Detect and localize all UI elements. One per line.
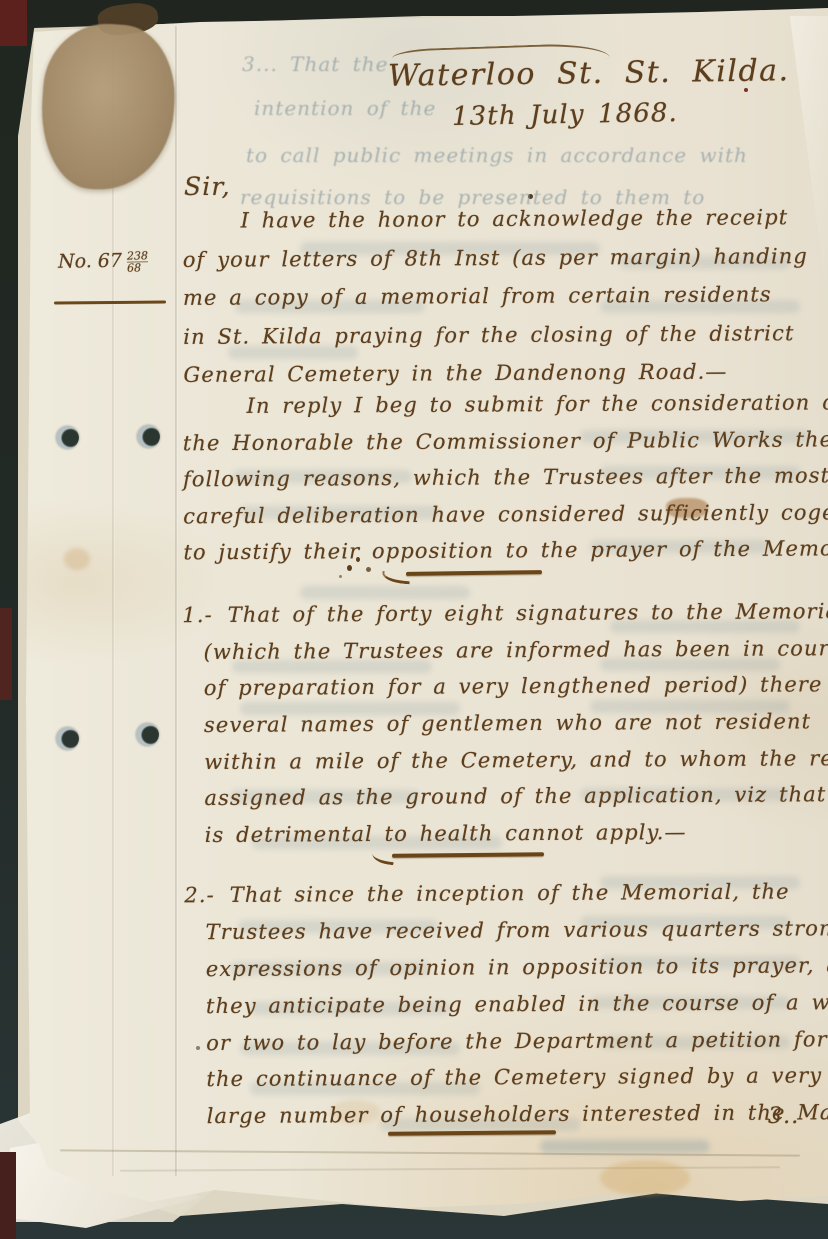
letter-line: expressions of opinion in opposition to … [185, 947, 828, 988]
letter-line: or two to lay before the Department a pe… [185, 1020, 828, 1061]
letter-line-text: That since the inception of the Memorial… [230, 880, 790, 907]
letter-line: Trustees have received from various quar… [184, 910, 828, 951]
ghost-line: intention of the [254, 96, 436, 120]
letter-line: me a copy of a memorial from certain res… [183, 275, 808, 317]
point-2-paragraph: 2.-That since the inception of the Memor… [184, 873, 828, 1136]
letter-line: assigned as the ground of the applicatio… [183, 776, 828, 817]
bleed-smudge [540, 1140, 710, 1153]
letter-line: of preparation for a very lengthened per… [183, 666, 828, 707]
file-number-prefix: No. 67 [58, 250, 122, 273]
punch-hole [56, 727, 79, 750]
reply-paragraph: In reply I beg to submit for the conside… [182, 384, 828, 571]
letter-line: they anticipate being enabled in the cou… [185, 983, 828, 1024]
letter-line: large number of householders interested … [186, 1094, 828, 1135]
letter-line: careful deliberation have considered suf… [183, 493, 828, 534]
intro-paragraph: I have the honor to acknowledge the rece… [182, 198, 808, 394]
catchword: 3.. [768, 1104, 799, 1129]
salutation: Sir, [184, 172, 231, 201]
letter-line: is detrimental to health cannot apply.— [184, 813, 828, 854]
letter-line: I have the honor to acknowledge the rece… [182, 198, 807, 240]
letter-line-text: That of the forty eight signatures to th… [228, 599, 828, 627]
letter-line: 2.-That since the inception of the Memor… [184, 873, 828, 914]
paper-stain [64, 548, 90, 570]
scanner-edge-accent [0, 0, 27, 46]
date-line: 13th July 1868. [452, 98, 678, 132]
letter-line: (which the Trustees are informed has bee… [182, 630, 828, 671]
scanned-letter-page: 3... That the intention of the to call p… [0, 0, 828, 1239]
letter-line: 1.-That of the forty eight signatures to… [182, 593, 828, 634]
ink-blot [356, 557, 360, 562]
ghost-line: 3... That the [242, 52, 388, 76]
fold-crease [175, 26, 178, 1176]
letter-line: In reply I beg to submit for the conside… [182, 384, 828, 425]
point-1-paragraph: 1.-That of the forty eight signatures to… [182, 593, 828, 854]
letter-line: following reasons, which the Trustees af… [183, 457, 828, 498]
letter-line: the Honorable the Commissioner of Public… [183, 420, 828, 461]
file-number-fraction: 238 68 [127, 250, 148, 273]
point-number: 1.- [182, 603, 213, 627]
file-number-numerator: 238 [127, 250, 148, 261]
margin-note: No. 67 238 68 [58, 249, 148, 275]
point-number: 2.- [184, 883, 215, 907]
paper-stain [600, 1160, 690, 1196]
ghost-line: to call public meetings in accordance wi… [246, 143, 748, 167]
scanner-edge-accent [0, 1152, 16, 1239]
scanner-edge-accent [0, 608, 12, 700]
letter-line: of your letters of 8th Inst (as per marg… [183, 237, 808, 279]
ink-blot [366, 567, 371, 572]
ink-blot [347, 565, 352, 571]
letter-line: several names of gentlemen who are not r… [183, 703, 828, 744]
punch-hole [56, 426, 79, 449]
letter-line: in St. Kilda praying for the closing of … [183, 314, 808, 356]
address-line: Waterloo St. St. Kilda. [388, 53, 790, 94]
letter-line: within a mile of the Cemetery, and to wh… [183, 740, 828, 781]
letter-line: the continuance of the Cemetery signed b… [185, 1057, 828, 1098]
fold-crease [112, 26, 115, 1176]
ink-blot [339, 575, 342, 578]
letter-line: to justify their opposition to the praye… [183, 530, 828, 571]
punch-hole [137, 425, 160, 448]
file-number-denominator: 68 [127, 261, 148, 273]
punch-hole [136, 723, 159, 746]
